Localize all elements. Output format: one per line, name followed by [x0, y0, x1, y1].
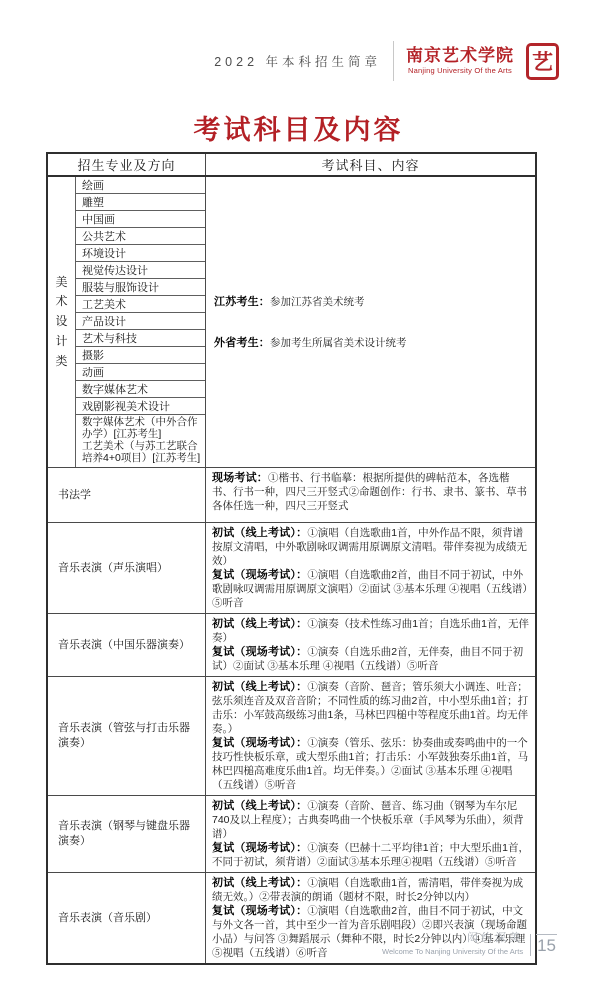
- exam-content-cell: 初试（线上考试）：①演唱（自选歌曲1首，中外作品不限，须背谱按原文清唱，中外歌剧…: [206, 523, 535, 613]
- exam-subjects-table: 招生专业及方向 考试科目、内容 美术设计类 绘画雕塑中国画公共艺术环境设计视觉传…: [46, 152, 537, 965]
- table-header-row: 招生专业及方向 考试科目、内容: [48, 154, 535, 177]
- university-logo: 南京艺术学院 Nanjing University Of the Arts: [406, 47, 514, 76]
- exam-content-segment: 江苏考生：参加江苏省美术统考: [214, 295, 527, 309]
- category-vertical-label: 美术设计类: [56, 273, 68, 372]
- page-title: 考试科目及内容: [0, 108, 597, 147]
- major-item: 绘画: [76, 177, 205, 194]
- exam-stage-label: 初试（线上考试）：: [212, 527, 307, 539]
- art-design-group-row: 美术设计类 绘画雕塑中国画公共艺术环境设计视觉传达设计服装与服饰设计工艺美术产品…: [48, 177, 535, 468]
- major-item: 数字媒体艺术: [76, 381, 205, 398]
- exam-content-text: 参加江苏省美术统考: [270, 296, 365, 308]
- major-item: 视觉传达设计: [76, 262, 205, 279]
- exam-content-cell: 现场考试：①楷书、行书临摹：根据所提供的碑帖范本，各选楷书、行书一种，四尺三开竖…: [206, 468, 535, 522]
- school-motto: 闳约深美: [382, 929, 523, 945]
- seal-glyph: 艺: [532, 46, 553, 76]
- exam-content-segment: 复试（现场考试）：①演奏（自选乐曲2首，无伴奏，曲目不同于初试）②面试 ③基本乐…: [212, 645, 530, 673]
- table-body: 书法学现场考试：①楷书、行书临摹：根据所提供的碑帖范本，各选楷书、行书一种，四尺…: [48, 468, 535, 963]
- exam-content-segment: 初试（线上考试）：①演唱（自选歌曲1首，需清唱，带伴奏视为成绩无效。）②带表演的…: [212, 876, 530, 904]
- major-item: 服装与服饰设计: [76, 279, 205, 296]
- major-name: 音乐表演（管弦与打击乐器演奏）: [48, 677, 206, 795]
- page-footer: 闳约深美 Welcome To Nanjing University Of th…: [382, 929, 557, 956]
- major-item: 工艺美术: [76, 296, 205, 313]
- category-cell: 美术设计类: [48, 177, 76, 467]
- major-item: 戏剧影视美术设计: [76, 398, 205, 415]
- exam-content-segment: 初试（线上考试）：①演奏（技术性练习曲1首；自选乐曲1首，无伴奏）: [212, 617, 530, 645]
- exam-stage-label: 外省考生：: [214, 337, 270, 349]
- major-extra-line: 工艺美术（与苏工艺联合培养4+0项目）[江苏考生]: [82, 441, 202, 464]
- university-name-en: Nanjing University Of the Arts: [406, 67, 514, 75]
- col-header-majors: 招生专业及方向: [48, 154, 206, 175]
- exam-content-segment: 现场考试：①楷书、行书临摹：根据所提供的碑帖范本，各选楷书、行书一种，四尺三开竖…: [212, 471, 530, 513]
- table-row: 音乐表演（钢琴与键盘乐器演奏）初试（线上考试）：①演奏（音阶、琶音、练习曲（钢琴…: [48, 796, 535, 873]
- university-name-cn: 南京艺术学院: [406, 47, 514, 66]
- major-item: 动画: [76, 364, 205, 381]
- exam-content-segment: 初试（线上考试）：①演奏（音阶、琶音、练习曲（钢琴为车尔尼740及以上程度）；古…: [212, 799, 530, 841]
- major-item: 环境设计: [76, 245, 205, 262]
- page-number: 15: [536, 934, 557, 956]
- major-item: 中国画: [76, 211, 205, 228]
- exam-content-cell: 初试（线上考试）：①演奏（技术性练习曲1首；自选乐曲1首，无伴奏）复试（现场考试…: [206, 614, 535, 676]
- exam-stage-label: 初试（线上考试）：: [212, 618, 307, 630]
- major-extra-line: 数字媒体艺术（中外合作办学）[江苏考生]: [82, 417, 202, 440]
- exam-content-segment: 复试（现场考试）：①演奏（管乐、弦乐：协奏曲或奏鸣曲中的一个技巧性快板乐章，或大…: [212, 736, 530, 792]
- exam-content-cell: 初试（线上考试）：①演奏（音阶、琶音；管乐须大小调连、吐音；弦乐须连音及双音音阶…: [206, 677, 535, 795]
- major-item: 摄影: [76, 347, 205, 364]
- major-name: 音乐表演（声乐演唱）: [48, 523, 206, 613]
- table-row: 音乐表演（声乐演唱）初试（线上考试）：①演唱（自选歌曲1首，中外作品不限，须背谱…: [48, 523, 535, 614]
- doc-title: 2022 年本科招生简章: [214, 52, 381, 70]
- major-item: 产品设计: [76, 313, 205, 330]
- footer-welcome: Welcome To Nanjing University Of the Art…: [382, 947, 523, 956]
- major-name: 音乐表演（中国乐器演奏）: [48, 614, 206, 676]
- exam-stage-label: 复试（现场考试）：: [212, 905, 307, 917]
- exam-stage-label: 初试（线上考试）：: [212, 800, 307, 812]
- exam-stage-label: 复试（现场考试）：: [212, 569, 307, 581]
- major-name: 音乐表演（钢琴与键盘乐器演奏）: [48, 796, 206, 872]
- exam-stage-label: 初试（线上考试）：: [212, 681, 307, 693]
- art-design-exam-content: 江苏考生：参加江苏省美术统考外省考生：参加考生所属省美术设计统考: [206, 177, 535, 467]
- exam-stage-label: 现场考试：: [212, 472, 268, 484]
- header-divider: [393, 41, 394, 81]
- exam-stage-label: 复试（现场考试）：: [212, 737, 307, 749]
- exam-content-segment: 初试（线上考试）：①演奏（音阶、琶音；管乐须大小调连、吐音；弦乐须连音及双音音阶…: [212, 680, 530, 736]
- table-row: 音乐表演（管弦与打击乐器演奏）初试（线上考试）：①演奏（音阶、琶音；管乐须大小调…: [48, 677, 535, 796]
- exam-stage-label: 复试（现场考试）：: [212, 646, 307, 658]
- university-seal-icon: 艺: [526, 43, 559, 80]
- exam-content-segment: 初试（线上考试）：①演唱（自选歌曲1首，中外作品不限，须背谱按原文清唱，中外歌剧…: [212, 526, 530, 568]
- exam-content-segment: 外省考生：参加考生所属省美术设计统考: [214, 336, 527, 350]
- exam-stage-label: 江苏考生：: [214, 296, 270, 308]
- exam-content-text: 参加考生所属省美术设计统考: [270, 337, 407, 349]
- major-item: 艺术与科技: [76, 330, 205, 347]
- page-number-block: 15: [530, 934, 557, 956]
- col-header-subjects: 考试科目、内容: [206, 154, 535, 175]
- major-item: 公共艺术: [76, 228, 205, 245]
- exam-stage-label: 初试（线上考试）：: [212, 877, 307, 889]
- table-row: 书法学现场考试：①楷书、行书临摹：根据所提供的碑帖范本，各选楷书、行书一种，四尺…: [48, 468, 535, 523]
- table-row: 音乐表演（中国乐器演奏）初试（线上考试）：①演奏（技术性练习曲1首；自选乐曲1首…: [48, 614, 535, 677]
- major-name: 音乐表演（音乐剧）: [48, 873, 206, 963]
- exam-stage-label: 复试（现场考试）：: [212, 842, 307, 854]
- major-item-combined: 数字媒体艺术（中外合作办学）[江苏考生]工艺美术（与苏工艺联合培养4+0项目）[…: [76, 415, 205, 467]
- exam-content-segment: 复试（现场考试）：①演唱（自选歌曲2首，曲目不同于初试，中外歌剧咏叹调需用原调原…: [212, 568, 530, 610]
- page-header: 2022 年本科招生简章 南京艺术学院 Nanjing University O…: [0, 36, 559, 86]
- majors-list: 绘画雕塑中国画公共艺术环境设计视觉传达设计服装与服饰设计工艺美术产品设计艺术与科…: [76, 177, 206, 467]
- brochure-page: 2022 年本科招生简章 南京艺术学院 Nanjing University O…: [0, 0, 597, 1005]
- major-item: 雕塑: [76, 194, 205, 211]
- footer-text: 闳约深美 Welcome To Nanjing University Of th…: [382, 929, 523, 956]
- exam-content-segment: 复试（现场考试）：①演奏（巴赫十二平均律1首；中大型乐曲1首，不同于初试，须背谱…: [212, 841, 530, 869]
- major-name: 书法学: [48, 468, 206, 522]
- exam-content-cell: 初试（线上考试）：①演奏（音阶、琶音、练习曲（钢琴为车尔尼740及以上程度）；古…: [206, 796, 535, 872]
